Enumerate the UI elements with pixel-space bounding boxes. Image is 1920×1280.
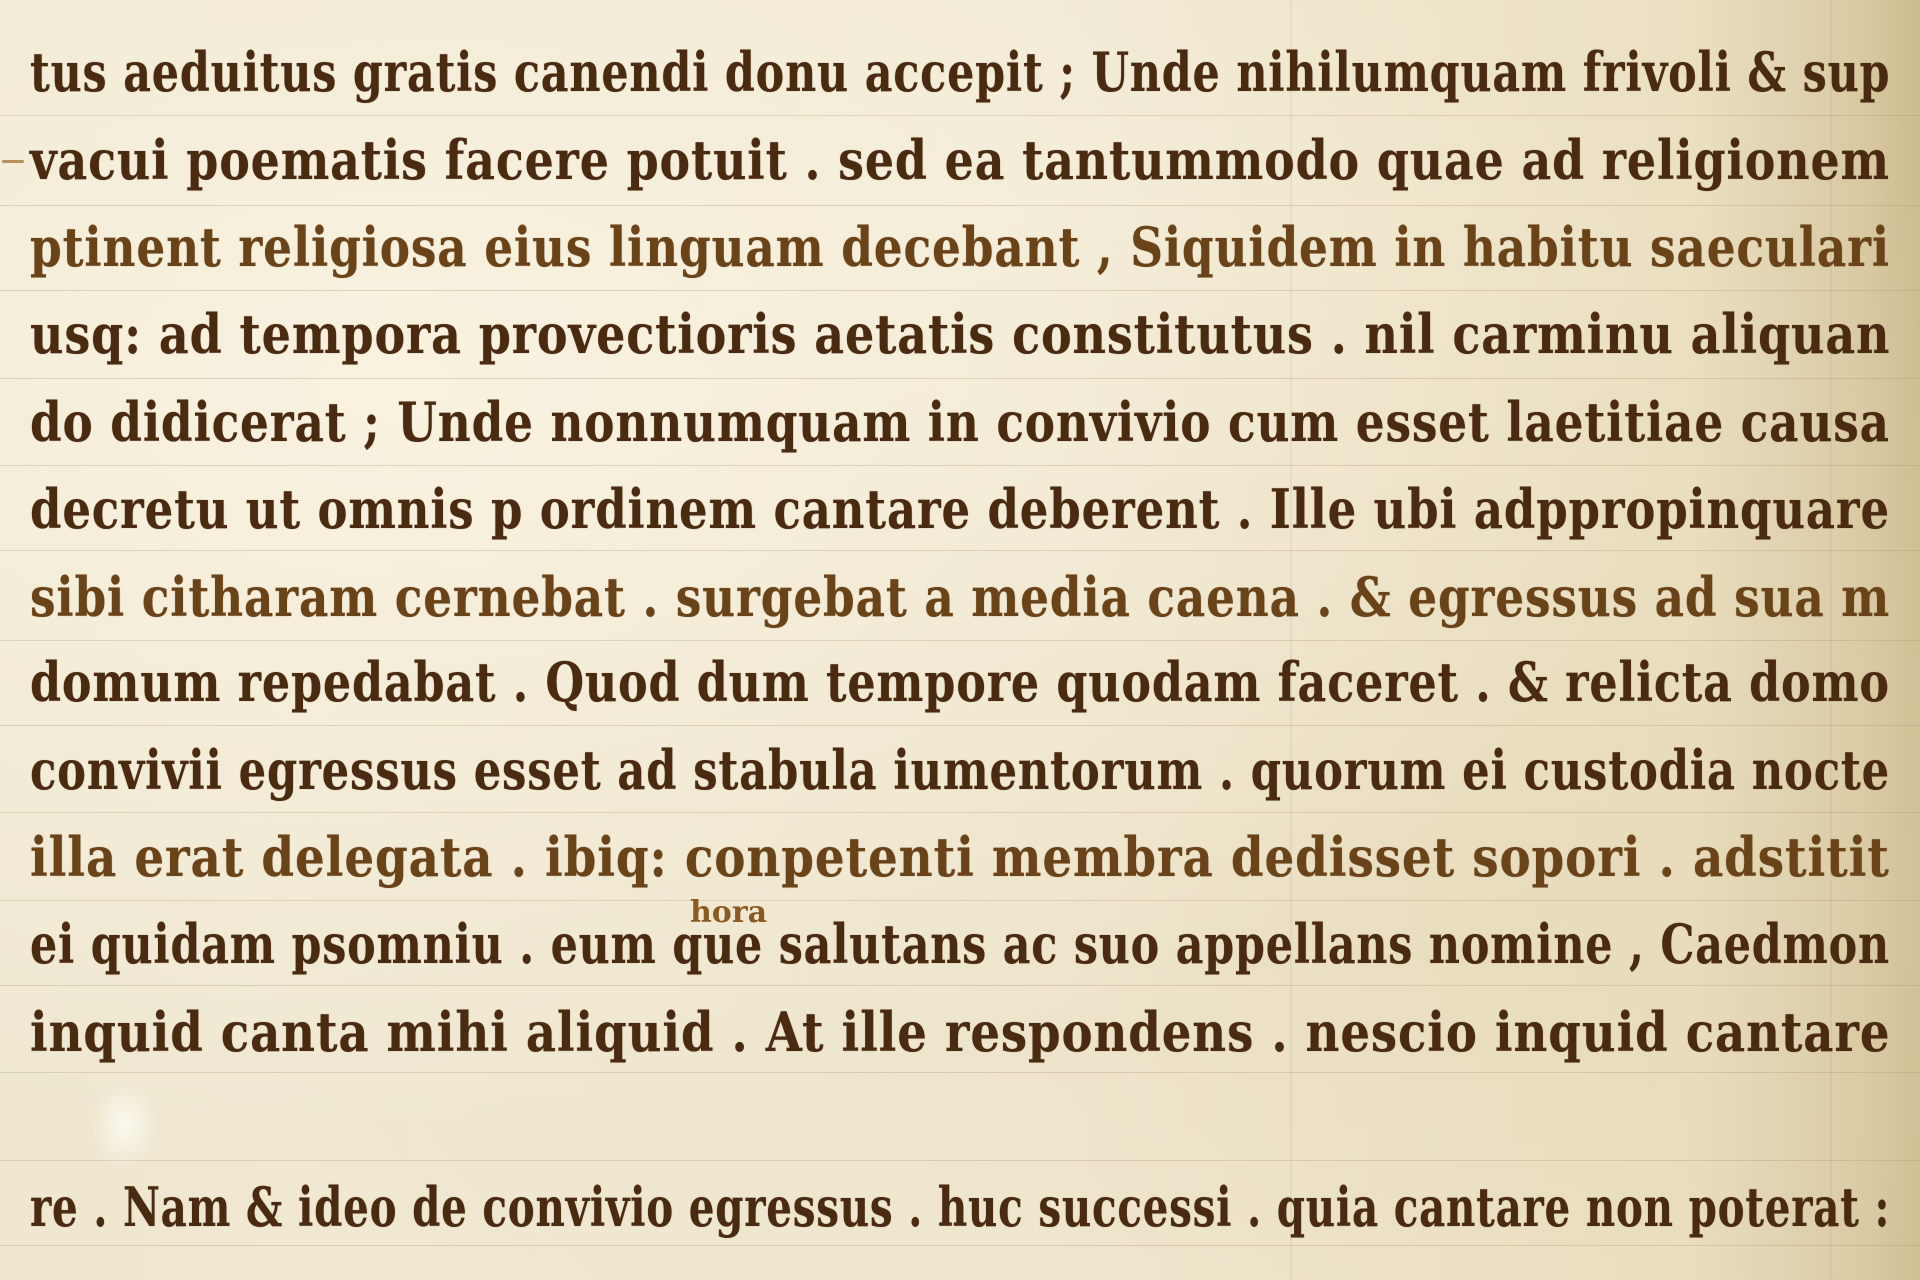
text-line-8: domum repedabat . Quod dum tempore quoda… — [30, 650, 1890, 714]
ruling-line — [0, 1160, 1920, 1161]
text-line-5: do didicerat ; Unde nonnumquam in conviv… — [30, 390, 1890, 454]
text-line-13: re . Nam & ideo de convivio egressus . h… — [30, 1175, 1890, 1239]
ruling-line — [0, 550, 1920, 551]
margin-mark — [2, 160, 24, 163]
ruling-line — [0, 115, 1920, 116]
vertical-ruling — [1830, 0, 1832, 1280]
manuscript-page: tus aeduitus gratis canendi donu accepit… — [0, 0, 1920, 1280]
text-line-4: usq: ad tempora provectioris aetatis con… — [30, 302, 1890, 366]
text-line-10: illa erat delegata . ibiq: conpetenti me… — [30, 825, 1890, 889]
ruling-line — [0, 640, 1920, 641]
ruling-line — [0, 725, 1920, 726]
text-line-3: ptinent religiosa eius linguam decebant … — [30, 215, 1890, 279]
text-line-6: decretu ut omnis p ordinem cantare deber… — [30, 477, 1890, 541]
parchment-stain — [90, 1080, 160, 1170]
text-line-2: vacui poematis facere potuit . sed ea ta… — [30, 128, 1890, 192]
vertical-ruling — [1290, 0, 1292, 1280]
text-line-11: ei quidam psomniu . eum que salutans ac … — [30, 912, 1890, 976]
ruling-line — [0, 290, 1920, 291]
text-line-1: tus aeduitus gratis canendi donu accepit… — [30, 40, 1890, 104]
ruling-line — [0, 1072, 1920, 1073]
interlinear-gloss: hora — [690, 895, 767, 930]
ruling-line — [0, 465, 1920, 466]
text-line-7: sibi citharam cernebat . surgebat a medi… — [30, 565, 1890, 629]
ruling-line — [0, 378, 1920, 379]
text-line-12: inquid canta mihi aliquid . At ille resp… — [30, 1000, 1890, 1064]
text-line-9: convivii egressus esset ad stabula iumen… — [30, 738, 1890, 802]
ruling-line — [0, 985, 1920, 986]
ruling-line — [0, 900, 1920, 901]
ruling-line — [0, 205, 1920, 206]
ruling-line — [0, 812, 1920, 813]
ruling-line — [0, 1245, 1920, 1246]
